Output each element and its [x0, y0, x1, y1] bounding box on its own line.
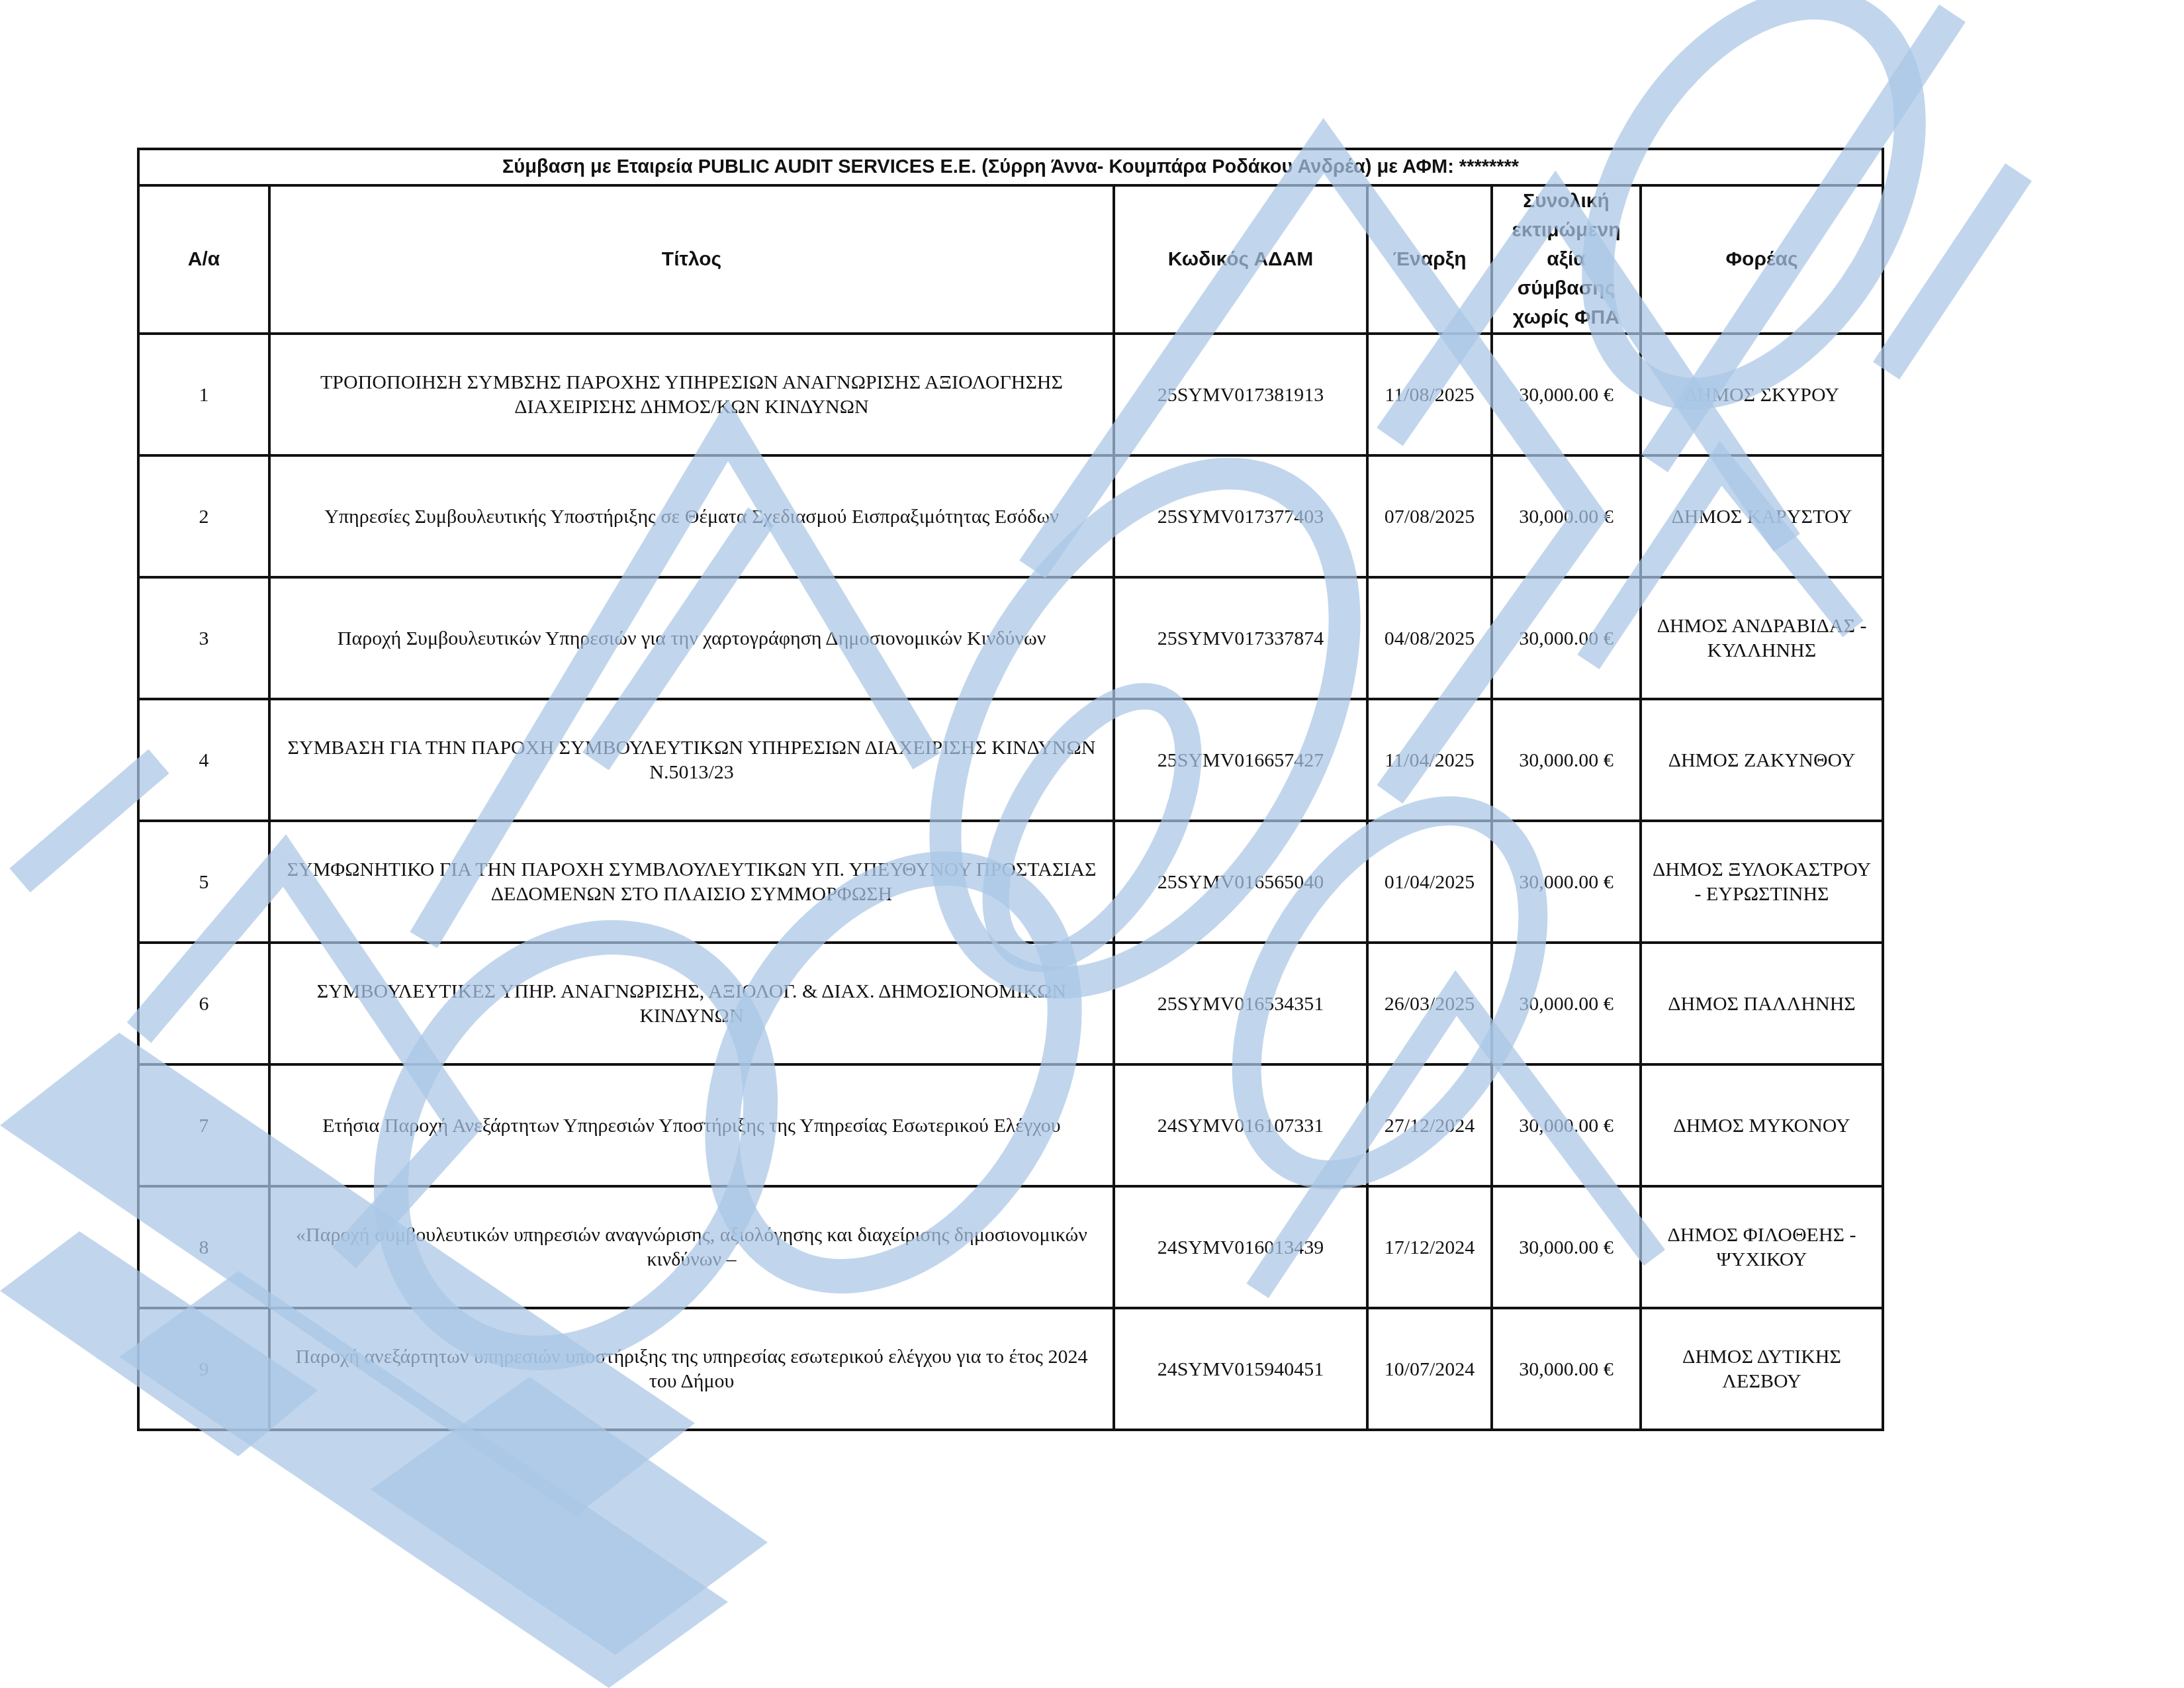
cell-title: Υπηρεσίες Συμβουλευτικής Υποστήριξης σε …	[269, 455, 1114, 577]
contracts-table: Σύμβαση με Εταιρεία PUBLIC AUDIT SERVICE…	[137, 148, 1884, 1431]
cell-aa: 8	[138, 1186, 269, 1308]
table-caption: Σύμβαση με Εταιρεία PUBLIC AUDIT SERVICE…	[138, 149, 1883, 185]
column-header-body: Φορέας	[1641, 185, 1883, 334]
cell-body: ΔΗΜΟΣ ΔΥΤΙΚΗΣ ΛΕΣΒΟΥ	[1641, 1308, 1883, 1430]
column-header-title: Τίτλος	[269, 185, 1114, 334]
cell-aa: 3	[138, 577, 269, 699]
cell-start: 27/12/2024	[1367, 1064, 1492, 1186]
cell-aa: 7	[138, 1064, 269, 1186]
cell-start: 10/07/2024	[1367, 1308, 1492, 1430]
cell-aa: 4	[138, 699, 269, 821]
cell-adam: 24SYMV016107331	[1114, 1064, 1367, 1186]
cell-body: ΔΗΜΟΣ ΞΥΛΟΚΑΣΤΡΟΥ - ΕΥΡΩΣΤΙΝΗΣ	[1641, 821, 1883, 943]
cell-body: ΔΗΜΟΣ ΜΥΚΟΝΟΥ	[1641, 1064, 1883, 1186]
cell-body: ΔΗΜΟΣ ΣΚΥΡΟΥ	[1641, 334, 1883, 455]
column-header-start: Έναρξη	[1367, 185, 1492, 334]
cell-value: 30,000.00 €	[1492, 821, 1641, 943]
cell-title: «Παροχή συμβουλευτικών υπηρεσιών αναγνώρ…	[269, 1186, 1114, 1308]
table-row: 6ΣΥΜΒΟΥΛΕΥΤΙΚΕΣ ΥΠΗΡ. ΑΝΑΓΝΩΡΙΣΗΣ, ΑΞΙΟΛ…	[138, 943, 1883, 1064]
cell-value: 30,000.00 €	[1492, 699, 1641, 821]
cell-start: 04/08/2025	[1367, 577, 1492, 699]
cell-value: 30,000.00 €	[1492, 577, 1641, 699]
cell-start: 11/04/2025	[1367, 699, 1492, 821]
cell-start: 07/08/2025	[1367, 455, 1492, 577]
cell-adam: 25SYMV017377403	[1114, 455, 1367, 577]
cell-adam: 25SYMV016565040	[1114, 821, 1367, 943]
cell-aa: 6	[138, 943, 269, 1064]
cell-value: 30,000.00 €	[1492, 943, 1641, 1064]
header-row: Α/α Τίτλος Κωδικός ΑΔΑΜ Έναρξη Συνολική …	[138, 185, 1883, 334]
table-row: 1ΤΡΟΠΟΠΟΙΗΣΗ ΣΥΜΒΣΗΣ ΠΑΡΟΧΗΣ ΥΠΗΡΕΣΙΩΝ Α…	[138, 334, 1883, 455]
cell-body: ΔΗΜΟΣ ΖΑΚΥΝΘΟΥ	[1641, 699, 1883, 821]
table-row: 9Παροχή ανεξάρτητων υπηρεσιών υποστήριξη…	[138, 1308, 1883, 1430]
cell-body: ΔΗΜΟΣ ΑΝΔΡΑΒΙΔΑΣ - ΚΥΛΛΗΝΗΣ	[1641, 577, 1883, 699]
cell-value: 30,000.00 €	[1492, 1186, 1641, 1308]
cell-adam: 25SYMV017381913	[1114, 334, 1367, 455]
cell-title: ΣΥΜΦΩΝΗΤΙΚΟ ΓΙΑ ΤΗΝ ΠΑΡΟΧΗ ΣΥΜΒΛΟΥΛΕΥΤΙΚ…	[269, 821, 1114, 943]
cell-title: ΣΥΜΒΑΣΗ ΓΙΑ ΤΗΝ ΠΑΡΟΧΗ ΣΥΜΒΟΥΛΕΥΤΙΚΩΝ ΥΠ…	[269, 699, 1114, 821]
cell-adam: 25SYMV017337874	[1114, 577, 1367, 699]
cell-body: ΔΗΜΟΣ ΚΑΡΥΣΤΟΥ	[1641, 455, 1883, 577]
table-row: 3Παροχή Συμβουλευτικών Υπηρεσιών για την…	[138, 577, 1883, 699]
cell-value: 30,000.00 €	[1492, 1064, 1641, 1186]
cell-value: 30,000.00 €	[1492, 455, 1641, 577]
column-header-aa: Α/α	[138, 185, 269, 334]
cell-body: ΔΗΜΟΣ ΦΙΛΟΘΕΗΣ - ΨΥΧΙΚΟΥ	[1641, 1186, 1883, 1308]
column-header-adam: Κωδικός ΑΔΑΜ	[1114, 185, 1367, 334]
cell-aa: 2	[138, 455, 269, 577]
table-body: 1ΤΡΟΠΟΠΟΙΗΣΗ ΣΥΜΒΣΗΣ ΠΑΡΟΧΗΣ ΥΠΗΡΕΣΙΩΝ Α…	[138, 334, 1883, 1430]
cell-adam: 25SYMV016534351	[1114, 943, 1367, 1064]
cell-start: 17/12/2024	[1367, 1186, 1492, 1308]
cell-title: Παροχή ανεξάρτητων υπηρεσιών υποστήριξης…	[269, 1308, 1114, 1430]
cell-start: 26/03/2025	[1367, 943, 1492, 1064]
cell-aa: 9	[138, 1308, 269, 1430]
cell-aa: 1	[138, 334, 269, 455]
cell-adam: 24SYMV015940451	[1114, 1308, 1367, 1430]
cell-start: 11/08/2025	[1367, 334, 1492, 455]
column-header-value: Συνολική εκτιμώμενη αξία σύμβασης χωρίς …	[1492, 185, 1641, 334]
cell-aa: 5	[138, 821, 269, 943]
cell-title: Ετήσια Παροχή Ανεξάρτητων Υπηρεσιών Υποσ…	[269, 1064, 1114, 1186]
table-row: 2Υπηρεσίες Συμβουλευτικής Υποστήριξης σε…	[138, 455, 1883, 577]
cell-start: 01/04/2025	[1367, 821, 1492, 943]
cell-value: 30,000.00 €	[1492, 1308, 1641, 1430]
cell-adam: 24SYMV016013439	[1114, 1186, 1367, 1308]
table-row: 8«Παροχή συμβουλευτικών υπηρεσιών αναγνώ…	[138, 1186, 1883, 1308]
caption-row: Σύμβαση με Εταιρεία PUBLIC AUDIT SERVICE…	[138, 149, 1883, 185]
cell-title: ΤΡΟΠΟΠΟΙΗΣΗ ΣΥΜΒΣΗΣ ΠΑΡΟΧΗΣ ΥΠΗΡΕΣΙΩΝ ΑΝ…	[269, 334, 1114, 455]
table-row: 5ΣΥΜΦΩΝΗΤΙΚΟ ΓΙΑ ΤΗΝ ΠΑΡΟΧΗ ΣΥΜΒΛΟΥΛΕΥΤΙ…	[138, 821, 1883, 943]
table-row: 4ΣΥΜΒΑΣΗ ΓΙΑ ΤΗΝ ΠΑΡΟΧΗ ΣΥΜΒΟΥΛΕΥΤΙΚΩΝ Υ…	[138, 699, 1883, 821]
cell-title: Παροχή Συμβουλευτικών Υπηρεσιών για την …	[269, 577, 1114, 699]
cell-body: ΔΗΜΟΣ ΠΑΛΛΗΝΗΣ	[1641, 943, 1883, 1064]
cell-adam: 25SYMV016657427	[1114, 699, 1367, 821]
cell-title: ΣΥΜΒΟΥΛΕΥΤΙΚΕΣ ΥΠΗΡ. ΑΝΑΓΝΩΡΙΣΗΣ, ΑΞΙΟΛΟ…	[269, 943, 1114, 1064]
table-row: 7Ετήσια Παροχή Ανεξάρτητων Υπηρεσιών Υπο…	[138, 1064, 1883, 1186]
cell-value: 30,000.00 €	[1492, 334, 1641, 455]
